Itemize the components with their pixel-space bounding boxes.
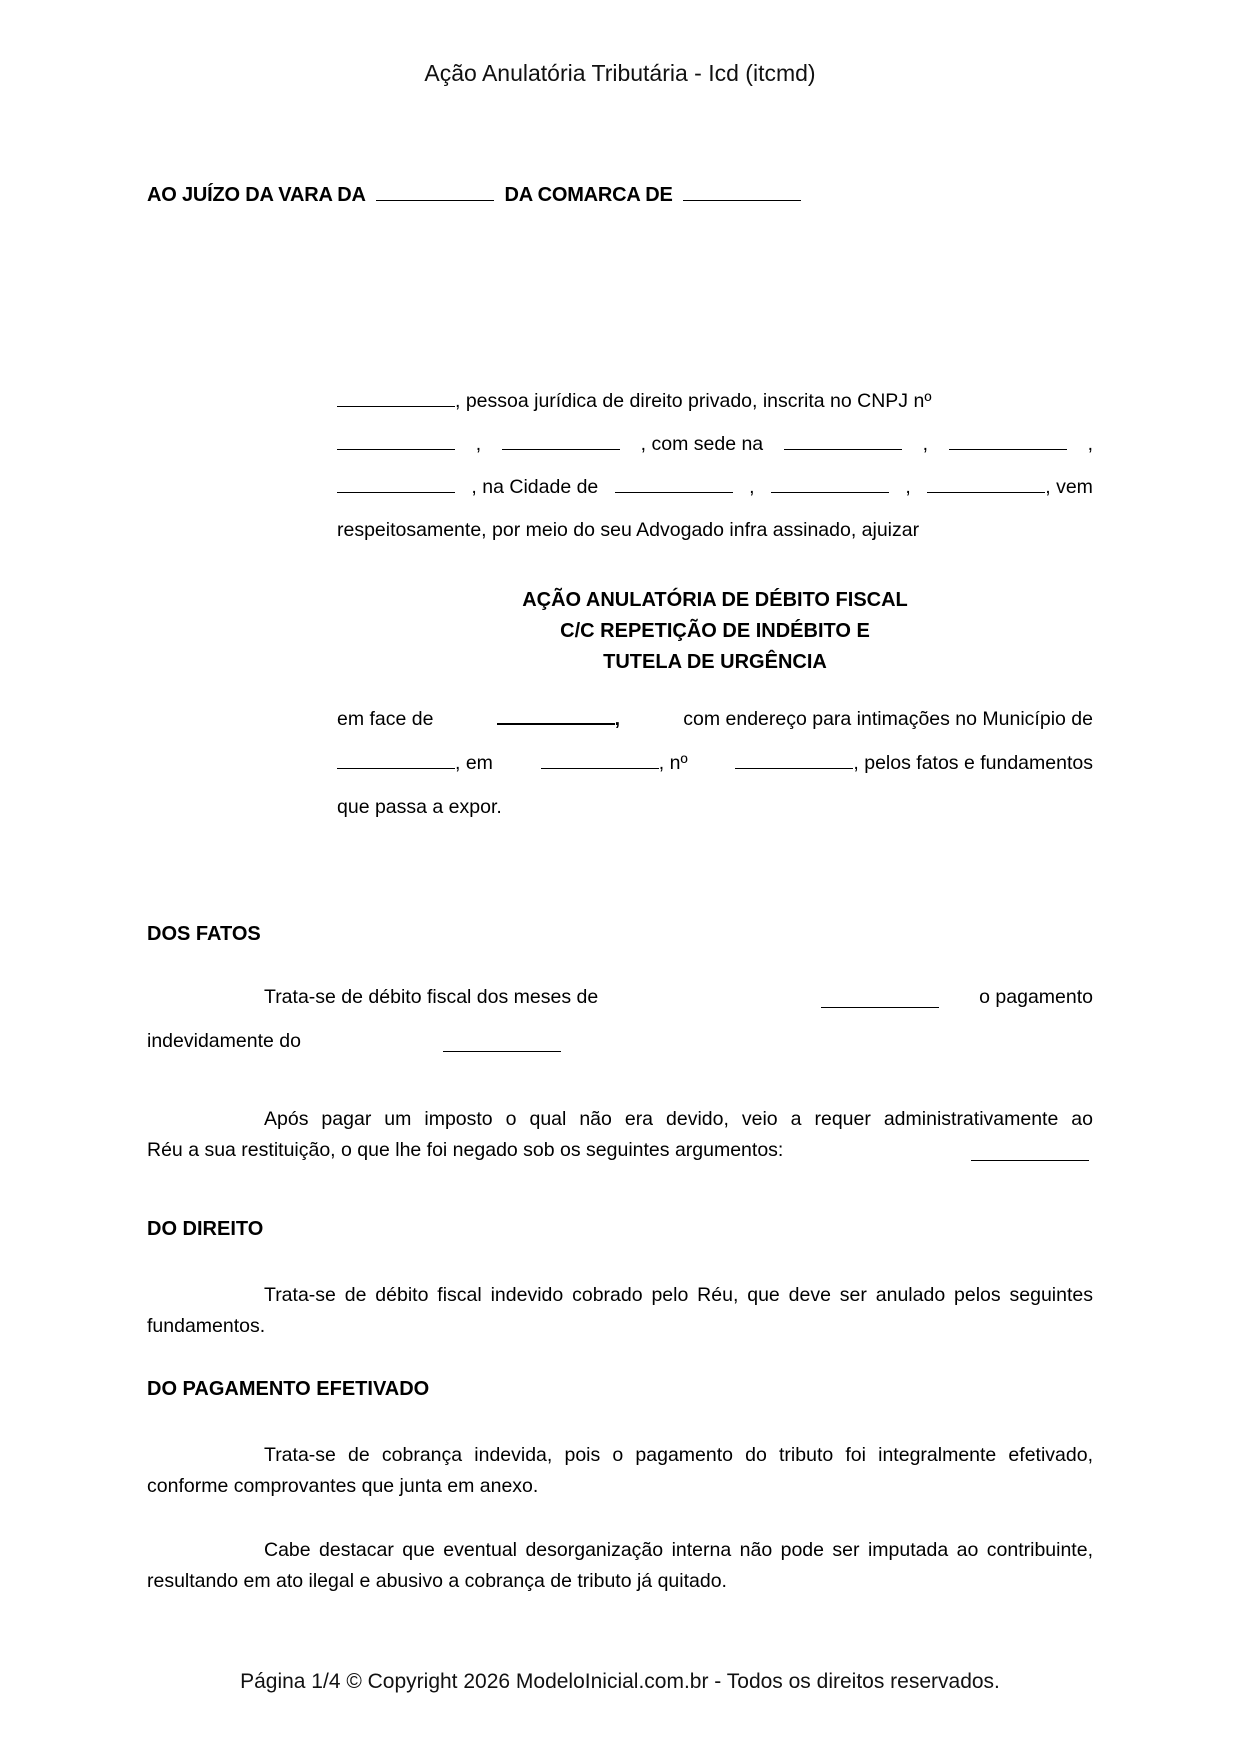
qualification-text-2: , com sede na — [641, 433, 763, 456]
blank-field-comarca[interactable] — [683, 199, 801, 201]
page-header: Ação Anulatória Tributária - Icd (itcmd) — [0, 60, 1240, 87]
defendant-text-num: , nº — [659, 752, 688, 774]
action-title: AÇÃO ANULATÓRIA DE DÉBITO FISCAL C/C REP… — [337, 585, 1093, 678]
addressee-district: DA COMARCA DE — [505, 184, 673, 206]
comma: , — [749, 476, 754, 499]
comma: , — [476, 433, 481, 456]
facts-text-1: Trata-se de débito fiscal dos meses de — [264, 986, 598, 1009]
facts-text-4: Após pagar um imposto o qual não era dev… — [264, 1108, 1093, 1131]
comma: , — [923, 433, 928, 456]
blank-field-municipality[interactable] — [337, 767, 455, 769]
blank-field-street[interactable] — [541, 767, 659, 769]
blank-field-number[interactable] — [735, 767, 853, 769]
defendant-text-em: , em — [455, 752, 493, 774]
qualification-line-4: respeitosamente, por meio do seu Advogad… — [337, 519, 1093, 542]
facts-paragraph-1-line-2: indevidamente do — [147, 1030, 1093, 1053]
qualification-text-vem: , vem — [1045, 476, 1093, 498]
section-heading-payment: DO PAGAMENTO EFETIVADO — [147, 1378, 429, 1401]
facts-text-2: o pagamento — [979, 986, 1093, 1009]
blank-field-arguments[interactable] — [971, 1159, 1089, 1161]
facts-text-5: Réu a sua restituição, o que lhe foi neg… — [147, 1139, 783, 1161]
blank-field-defendant[interactable] — [497, 722, 615, 725]
page-footer: Página 1/4 © Copyright 2026 ModeloInicia… — [0, 1670, 1240, 1694]
action-title-line: C/C REPETIÇÃO DE INDÉBITO E — [337, 616, 1093, 647]
blank-field-cnpj[interactable] — [337, 448, 455, 450]
payment-text-2: Cabe destacar que eventual desorganizaçã… — [147, 1539, 1093, 1592]
qualification-line-1: , pessoa jurídica de direito privado, in… — [337, 390, 1093, 413]
qualification-text-3: , na Cidade de — [471, 476, 598, 499]
blank-field-vara[interactable] — [376, 199, 494, 201]
facts-text-3: indevidamente do — [147, 1030, 301, 1052]
blank-field-months[interactable] — [821, 1006, 939, 1008]
blank-field-city[interactable] — [615, 491, 733, 493]
facts-paragraph-2-line-2: Réu a sua restituição, o que lhe foi neg… — [147, 1139, 1093, 1162]
comma: , — [905, 476, 910, 499]
payment-text-1: Trata-se de cobrança indevida, pois o pa… — [147, 1444, 1093, 1497]
qualification-line-2: , , com sede na , , — [337, 433, 1093, 456]
action-title-line: TUTELA DE URGÊNCIA — [337, 647, 1093, 678]
defendant-text-1: em face de — [337, 708, 433, 731]
blank-field-company-name[interactable] — [337, 405, 455, 407]
defendant-line-3: que passa a expor. — [337, 796, 1093, 819]
law-text: Trata-se de débito fiscal indevido cobra… — [147, 1284, 1093, 1337]
defendant-text-2: com endereço para intimações no Municípi… — [683, 708, 1093, 731]
blank-field-cnpj-2[interactable] — [502, 448, 620, 450]
section-heading-law: DO DIREITO — [147, 1218, 263, 1241]
blank-field-state[interactable] — [771, 491, 889, 493]
defendant-text-end: , pelos fatos e fundamentos — [853, 752, 1093, 774]
blank-field-address-2[interactable] — [949, 448, 1067, 450]
action-title-line: AÇÃO ANULATÓRIA DE DÉBITO FISCAL — [337, 585, 1093, 616]
addressee-court: AO JUÍZO DA VARA DA — [147, 184, 365, 206]
defendant-line-1: em face de , com endereço para intimaçõe… — [337, 708, 1093, 731]
qualification-line-3: , na Cidade de , , , vem — [337, 476, 1093, 499]
blank-field-tax[interactable] — [443, 1050, 561, 1052]
blank-field-zip[interactable] — [927, 491, 1045, 493]
law-paragraph-1: Trata-se de débito fiscal indevido cobra… — [147, 1280, 1093, 1342]
addressee-line: AO JUÍZO DA VARA DA DA COMARCA DE — [147, 184, 801, 207]
comma: , — [1088, 433, 1093, 456]
qualification-text-1: , pessoa jurídica de direito privado, in… — [455, 390, 931, 412]
defendant-line-2: , em , nº , pelos fatos e fundamentos — [337, 752, 1093, 775]
blank-field-neighborhood[interactable] — [337, 491, 455, 493]
payment-paragraph-1: Trata-se de cobrança indevida, pois o pa… — [147, 1440, 1093, 1502]
payment-paragraph-2: Cabe destacar que eventual desorganizaçã… — [147, 1535, 1093, 1597]
comma: , — [615, 708, 620, 730]
blank-field-address[interactable] — [784, 448, 902, 450]
section-heading-facts: DOS FATOS — [147, 923, 261, 946]
